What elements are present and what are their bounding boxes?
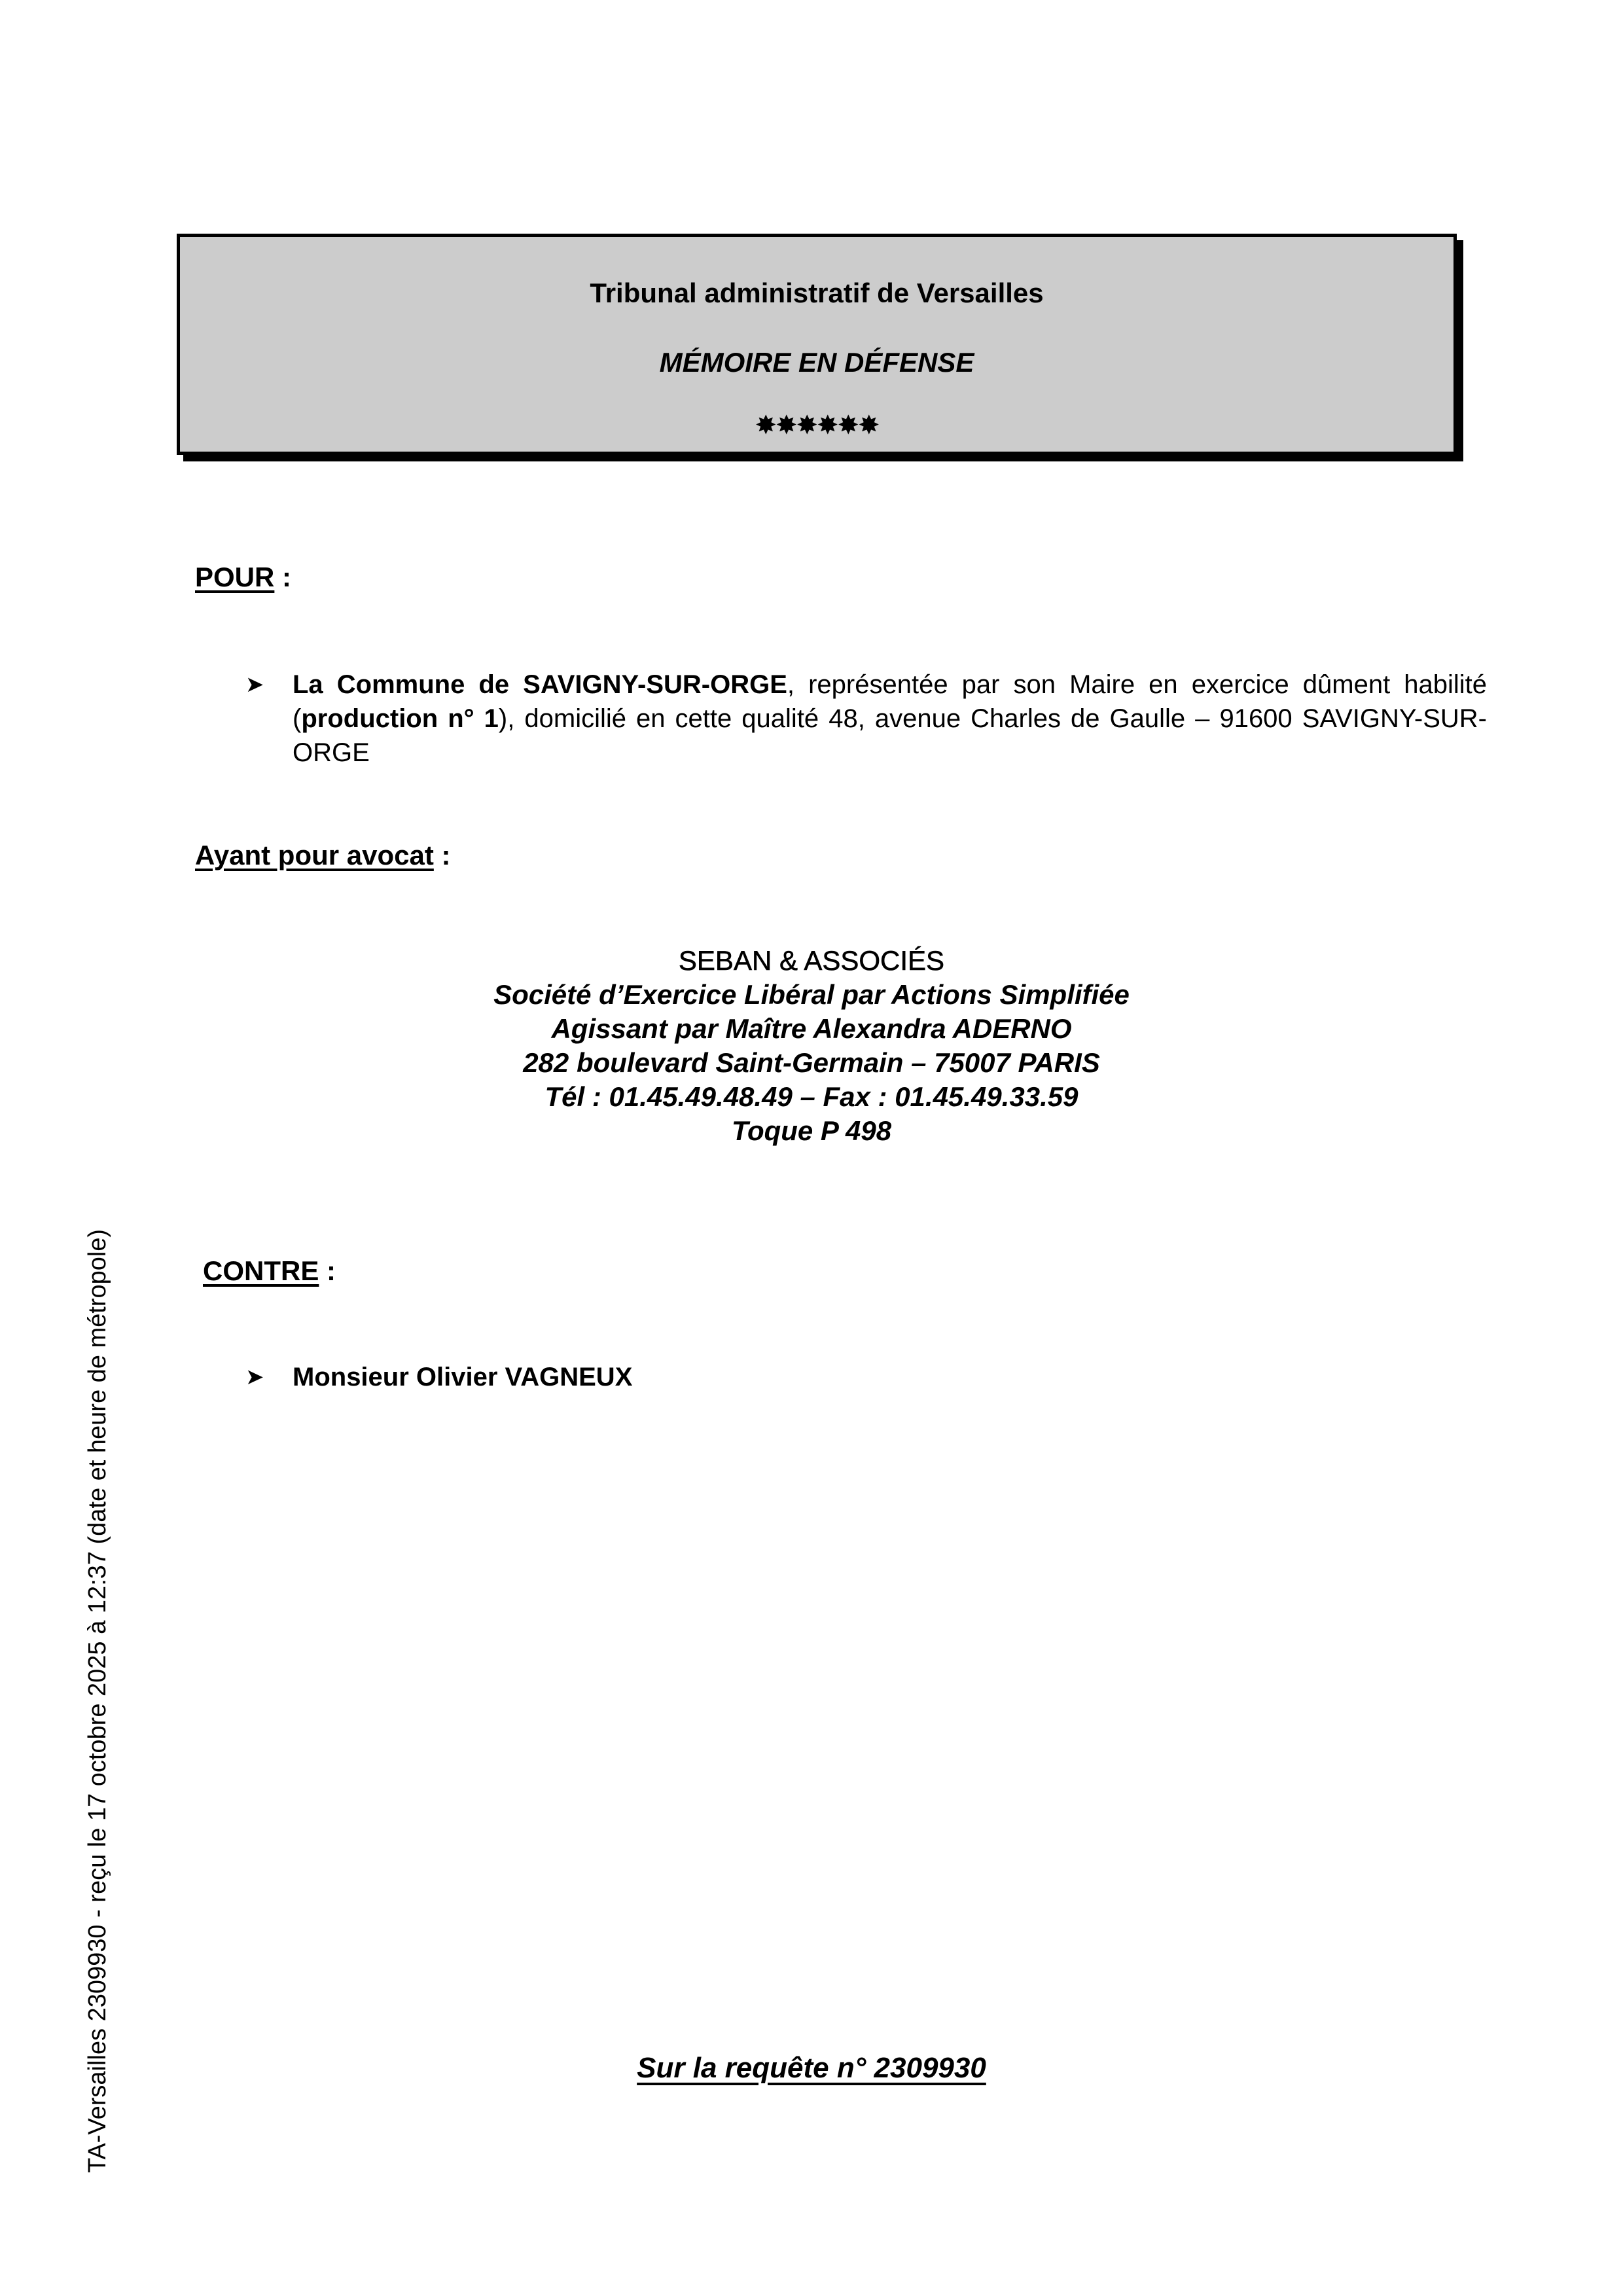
firm-name: SEBAN & ASSOCIÉS [0, 944, 1623, 978]
pour-heading: POUR : [195, 562, 291, 593]
avocat-colon: : [434, 840, 451, 870]
firm-phone-fax: Tél : 01.45.49.48.49 – Fax : 01.45.49.33… [0, 1080, 1623, 1114]
avocat-heading: Ayant pour avocat : [195, 840, 451, 871]
pour-colon: : [274, 562, 291, 592]
firm-toque: Toque P 498 [0, 1114, 1623, 1148]
pour-party-text: La Commune de SAVIGNY-SUR-ORGE, représen… [293, 668, 1487, 770]
document-page: Tribunal administratif de Versailles MÉM… [0, 0, 1623, 2296]
avocat-label: Ayant pour avocat [195, 840, 434, 870]
contre-label: CONTRE [203, 1255, 319, 1286]
header-box: Tribunal administratif de Versailles MÉM… [177, 234, 1457, 455]
reception-stamp: TA-Versailles 2309930 - reçu le 17 octob… [84, 1229, 112, 2173]
requete-number: Sur la requête n° 2309930 [0, 2052, 1623, 2085]
document-type: MÉMOIRE EN DÉFENSE [180, 347, 1454, 378]
contre-heading: CONTRE : [203, 1255, 336, 1287]
firm-legal-form: Société d’Exercice Libéral par Actions S… [0, 978, 1623, 1012]
court-name: Tribunal administratif de Versailles [180, 278, 1454, 309]
firm-address: 282 boulevard Saint-Germain – 75007 PARI… [0, 1046, 1623, 1080]
contre-party-name: Monsieur Olivier VAGNEUX [293, 1360, 632, 1394]
pour-party-name: La Commune de SAVIGNY-SUR-ORGE [293, 670, 787, 699]
firm-block: SEBAN & ASSOCIÉS Société d’Exercice Libé… [0, 944, 1623, 1148]
arrowhead-bullet-icon: ➤ [245, 668, 264, 702]
star-ornament-icon: ✸✸✸✸✸✸ [180, 412, 1454, 439]
contre-colon: : [319, 1255, 336, 1286]
pour-label: POUR [195, 562, 274, 592]
arrowhead-bullet-icon: ➤ [245, 1360, 264, 1394]
production-reference: production n° 1 [301, 704, 499, 733]
firm-lawyer: Agissant par Maître Alexandra ADERNO [0, 1012, 1623, 1046]
